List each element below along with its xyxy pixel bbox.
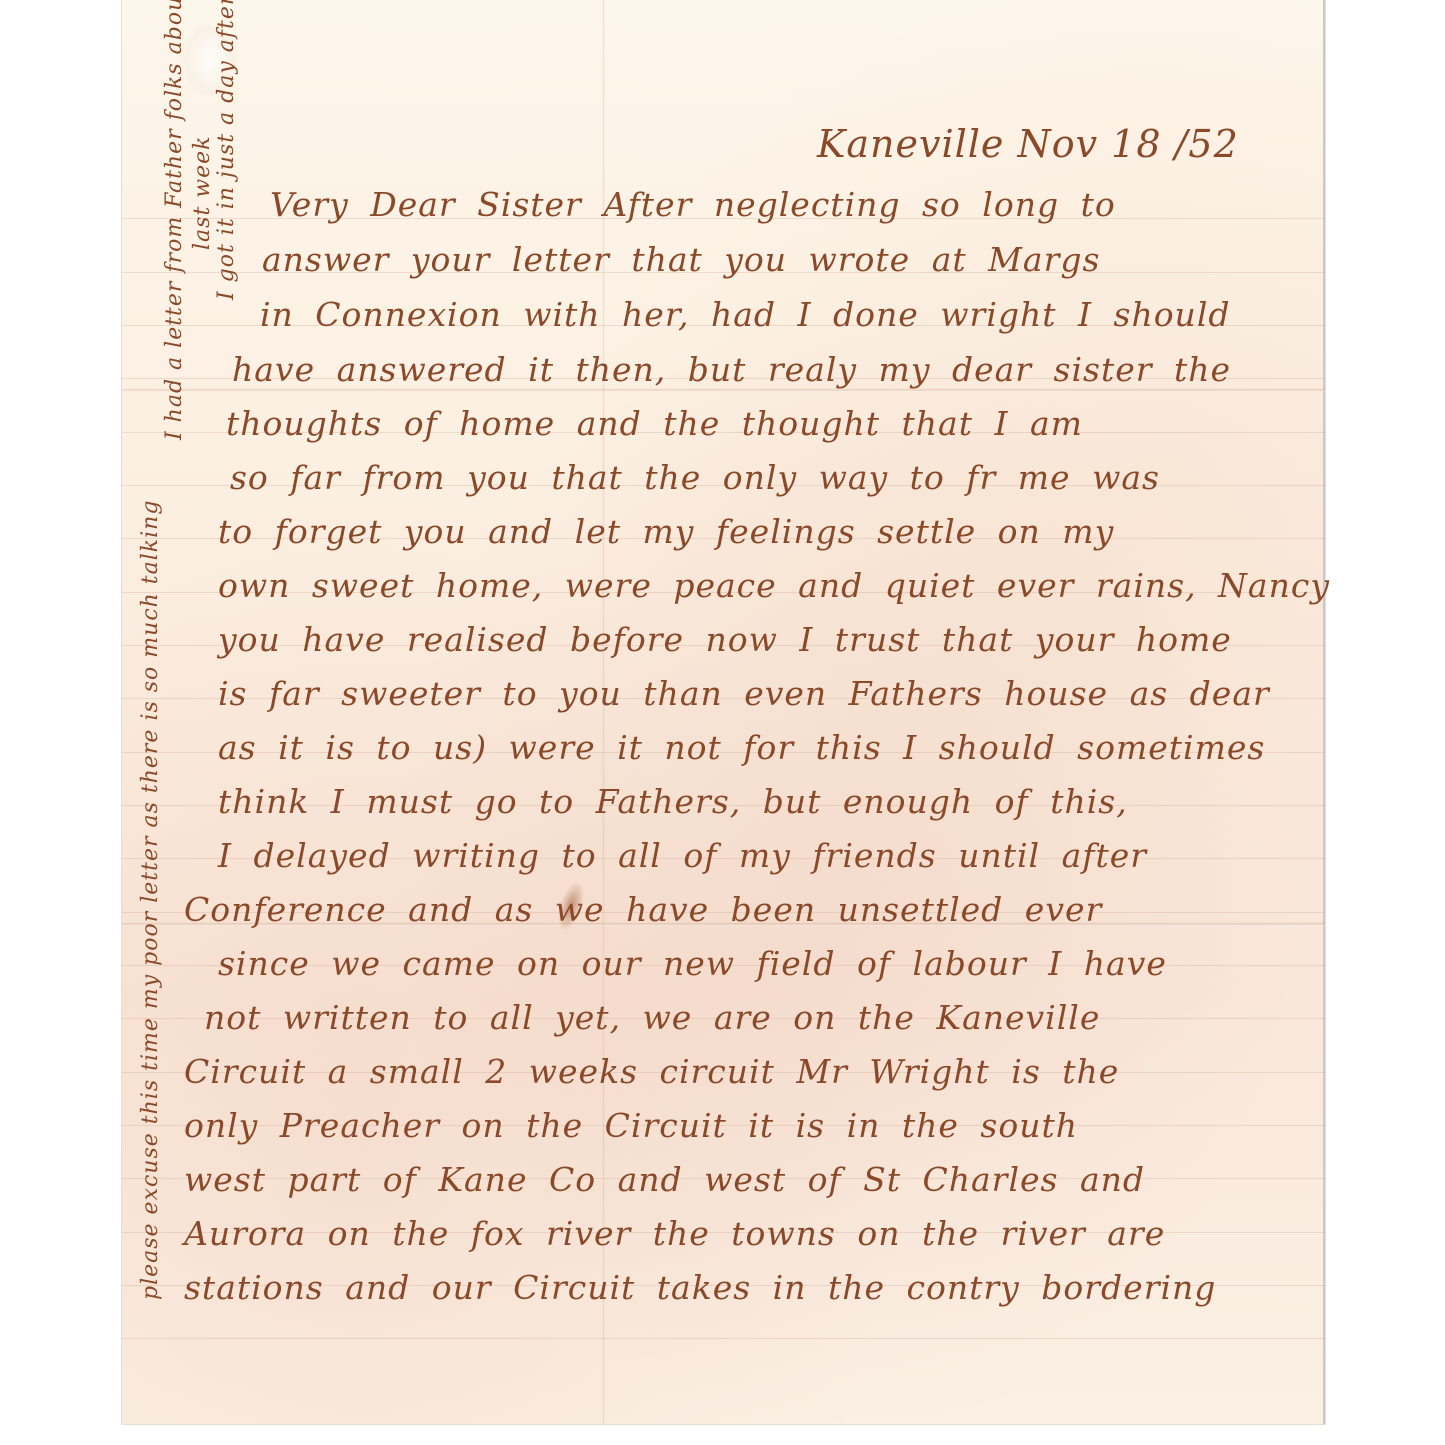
letter-line: since we came on our new field of labour… xyxy=(218,944,1167,983)
letter-line: Circuit a small 2 weeks circuit Mr Wrigh… xyxy=(184,1052,1119,1091)
letter-line: as it is to us) were it not for this I s… xyxy=(218,728,1265,767)
letter-line: answer your letter that you wrote at Mar… xyxy=(262,240,1100,279)
margin-note: I had a letter from Father folks about t… xyxy=(162,0,187,440)
margin-note: last week xyxy=(190,136,215,250)
letter-line: stations and our Circuit takes in the co… xyxy=(184,1268,1216,1307)
letter-line: own sweet home, were peace and quiet eve… xyxy=(218,566,1330,605)
letter-line: you have realised before now I trust tha… xyxy=(218,620,1232,659)
letter-line: in Connexion with her, had I done wright… xyxy=(260,295,1231,334)
letter-line: thoughts of home and the thought that I … xyxy=(226,404,1083,443)
letter-line: is far sweeter to you than even Fathers … xyxy=(218,674,1270,713)
letter-line: so far from you that the only way to fr … xyxy=(230,458,1160,497)
letter-line: think I must go to Fathers, but enough o… xyxy=(218,782,1128,821)
letter-line: I delayed writing to all of my friends u… xyxy=(218,836,1147,875)
letter-line: not written to all yet, we are on the Ka… xyxy=(204,998,1100,1037)
ruled-line xyxy=(122,1338,1325,1339)
margin-note: I got it in just a day after they wrote … xyxy=(214,0,239,300)
margin-note: please excuse this time my poor letter a… xyxy=(138,500,163,1300)
letter-line: have answered it then, but realy my dear… xyxy=(232,350,1231,389)
dateline: Kaneville Nov 18 /52 xyxy=(817,122,1239,166)
letter-line: Very Dear Sister After neglecting so lon… xyxy=(270,185,1116,224)
letter-page: Kaneville Nov 18 /52 Very Dear Sister Af… xyxy=(122,0,1325,1424)
letter-line: only Preacher on the Circuit it is in th… xyxy=(184,1106,1078,1145)
letter-line: Conference and as we have been unsettled… xyxy=(184,890,1102,929)
letter-line: to forget you and let my feelings settle… xyxy=(218,512,1114,551)
letter-line: Aurora on the fox river the towns on the… xyxy=(184,1214,1165,1253)
letter-line: west part of Kane Co and west of St Char… xyxy=(184,1160,1145,1199)
